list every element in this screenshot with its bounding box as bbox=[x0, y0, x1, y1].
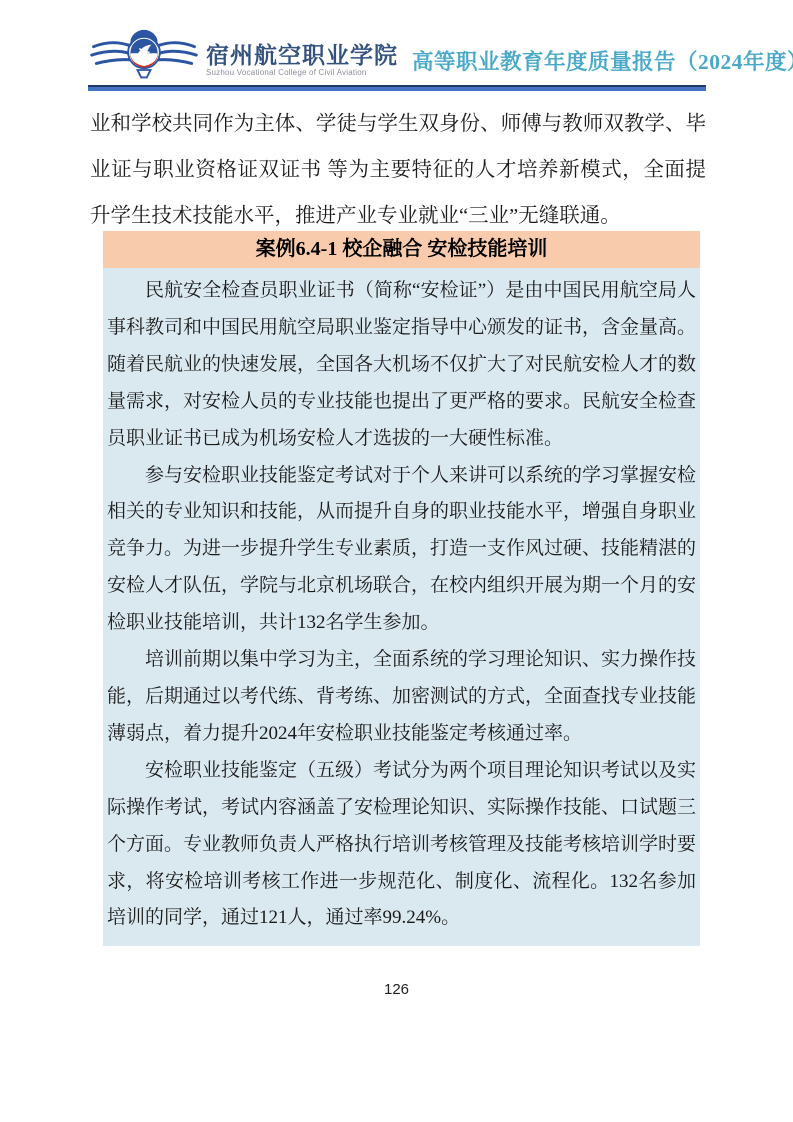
page-header: 宿州航空职业学院 Suzhou Vocational College of Ci… bbox=[88, 30, 706, 86]
page-number: 126 bbox=[384, 981, 409, 998]
college-name: 宿州航空职业学院 bbox=[206, 42, 398, 68]
case-title: 案例6.4-1 校企融合 安检技能培训 bbox=[103, 231, 700, 268]
case-body: 民航安全检查员职业证书（简称“安检证”）是由中国民用航空局人事科教司和中国民用航… bbox=[103, 268, 700, 946]
college-name-english: Suzhou Vocational College of Civil Aviat… bbox=[206, 68, 398, 77]
case-paragraph: 参与安检职业技能鉴定考试对于个人来讲可以系统的学习掌握安检相关的专业知识和技能，… bbox=[107, 458, 696, 643]
intro-paragraph: 业和学校共同作为主体、学徒与学生双身份、师傅与教师双教学、毕业证与职业资格证双证… bbox=[90, 101, 706, 239]
case-paragraph: 安检职业技能鉴定（五级）考试分为两个项目理论知识考试以及实际操作考试，考试内容涵… bbox=[107, 753, 696, 938]
case-paragraph: 民航安全检查员职业证书（简称“安检证”）是由中国民用航空局人事科教司和中国民用航… bbox=[107, 273, 696, 458]
college-winged-emblem-icon bbox=[88, 28, 200, 89]
document-page: 宿州航空职业学院 Suzhou Vocational College of Ci… bbox=[0, 0, 793, 1122]
page-footer: 126 bbox=[0, 981, 793, 998]
case-paragraph: 培训前期以集中学习为主，全面系统的学习理论知识、实力操作技能，后期通过以考代练、… bbox=[107, 642, 696, 753]
college-name-block: 宿州航空职业学院 Suzhou Vocational College of Ci… bbox=[206, 40, 398, 77]
header-divider bbox=[88, 85, 706, 91]
report-title: 高等职业教育年度质量报告（2024年度） bbox=[412, 41, 793, 76]
case-study-box: 案例6.4-1 校企融合 安检技能培训 民航安全检查员职业证书（简称“安检证”）… bbox=[103, 231, 700, 946]
